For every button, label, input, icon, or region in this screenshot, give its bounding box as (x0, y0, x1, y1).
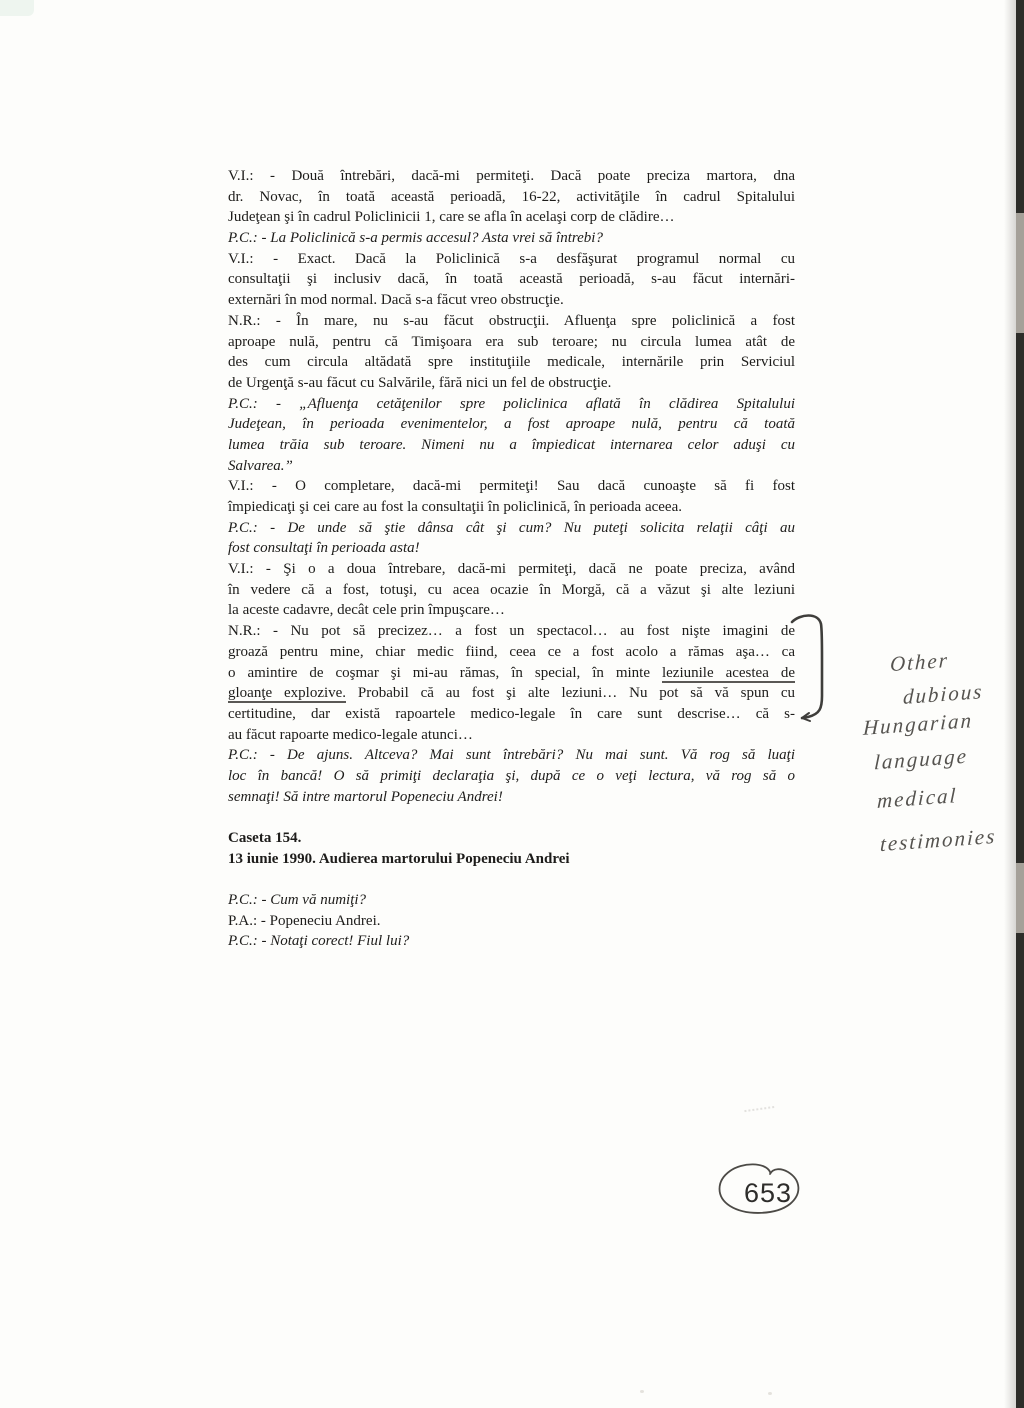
transcript-text: Salvarea.” (228, 458, 293, 474)
transcript-text: V.I.: - Două întrebări, dacă-mi permiteţ… (228, 168, 795, 184)
transcript-line: Judeţean şi în cadrul Policlinicii 1, ca… (228, 207, 795, 228)
margin-bracket-annotation (778, 604, 834, 736)
transcript-line: împiedicaţi şi cei care au fost la consu… (228, 497, 795, 518)
transcript-line: semnaţi! Să intre martorul Popeneciu And… (228, 787, 795, 808)
transcript-line: au făcut rapoarte medico-legale atunci… (228, 725, 795, 746)
pen-underline: gloanţe explozive. (228, 685, 346, 703)
handwritten-note-line: language (874, 744, 969, 776)
transcript-text: au făcut rapoarte medico-legale atunci… (228, 727, 473, 743)
transcript-text: V.I.: - Şi o a doua întrebare, dacă-mi p… (228, 561, 795, 577)
transcript-text: N.R.: - Nu pot să precizez… a fost un sp… (228, 623, 795, 639)
page-number: 653 (738, 1178, 798, 1209)
transcript-text: Judeţean şi în cadrul Policlinicii 1, ca… (228, 209, 674, 225)
transcript-line: V.I.: - O completare, dacă-mi permiteţi!… (228, 476, 795, 497)
scan-smudge (744, 1106, 775, 1122)
transcript-line: des cum circula altădată spre instituţii… (228, 352, 795, 373)
transcript-text: certitudine, dar există rapoartele medic… (228, 706, 795, 722)
transcript-line (228, 807, 795, 828)
transcript-line: în vedere că a fost, totuşi, cu acea oca… (228, 580, 795, 601)
transcript-line: de Urgenţă s-au făcut cu Salvările, fără… (228, 373, 795, 394)
transcript-line: P.C.: - „Afluenţa cetăţenilor spre polic… (228, 394, 795, 415)
transcript-text: de Urgenţă s-au făcut cu Salvările, fără… (228, 375, 611, 391)
handwritten-note-line: medical (877, 783, 958, 814)
transcript-text: P.A.: - Popeneciu Andrei. (228, 913, 380, 929)
transcript-text: Probabil că au fost şi alte leziuni… Nu … (346, 685, 795, 701)
scan-corner-artifact (0, 0, 34, 16)
transcript-text: la aceste cadavre, decât cele prin împuş… (228, 602, 505, 618)
transcript-text: N.R.: - În mare, nu s-au făcut obstrucţi… (228, 313, 795, 329)
transcript-line: externări în mod normal. Dacă s-a făcut … (228, 290, 795, 311)
scan-edge-light-band (1016, 213, 1024, 333)
transcript-line: P.C.: - Cum vă numiţi? (228, 890, 795, 911)
transcript-line: Judeţean, în perioada evenimentelor, a f… (228, 414, 795, 435)
transcript-line: N.R.: - Nu pot să precizez… a fost un sp… (228, 621, 795, 642)
transcript-text: V.I.: - Exact. Dacă la Policlinică s-a d… (228, 251, 795, 267)
scan-edge-gradient (1004, 0, 1016, 1408)
transcript-text: P.C.: - De ajuns. Altceva? Mai sunt într… (228, 747, 795, 763)
transcript-line: consultaţii şi inclusiv dacă, în toată a… (228, 269, 795, 290)
transcript-text: consultaţii şi inclusiv dacă, în toată a… (228, 271, 795, 287)
transcript-text: des cum circula altădată spre instituţii… (228, 354, 795, 370)
transcript-line: gloanţe explozive. Probabil că au fost ş… (228, 683, 795, 704)
transcript-line (228, 869, 795, 890)
transcript-line: P.C.: - De unde să ştie dânsa cât şi cum… (228, 518, 795, 539)
transcript-text: 13 iunie 1990. Audierea martorului Popen… (228, 851, 570, 867)
transcript-line: V.I.: - Două întrebări, dacă-mi permiteţ… (228, 166, 795, 187)
handwritten-note-line: testimonies (880, 824, 997, 857)
transcript-text: în vedere că a fost, totuşi, cu acea oca… (228, 582, 795, 598)
transcript-text: Judeţean, în perioada evenimentelor, a f… (228, 416, 795, 432)
transcript-line: la aceste cadavre, decât cele prin împuş… (228, 600, 795, 621)
transcript-line: P.C.: - Notaţi corect! Fiul lui? (228, 931, 795, 952)
transcript-text: Caseta 154. (228, 830, 301, 846)
transcript-text: P.C.: - Cum vă numiţi? (228, 892, 366, 908)
transcript-text: lumea trăia sub teroare. Nimeni nu a împ… (228, 437, 795, 453)
transcript-line: fost consultaţi în perioada asta! (228, 538, 795, 559)
transcript-text: împiedicaţi şi cei care au fost la consu… (228, 499, 682, 515)
transcript-line: loc în bancă! O să primiţi declaraţia şi… (228, 766, 795, 787)
transcript-line: aproape nulă, pentru că Timişoara era su… (228, 332, 795, 353)
transcript-line: lumea trăia sub teroare. Nimeni nu a împ… (228, 435, 795, 456)
transcript-line: Salvarea.” (228, 456, 795, 477)
transcript-text: P.C.: - La Policlinică s-a permis accesu… (228, 230, 603, 246)
transcript-line: V.I.: - Şi o a doua întrebare, dacă-mi p… (228, 559, 795, 580)
transcript-line: P.A.: - Popeneciu Andrei. (228, 911, 795, 932)
transcript-text: fost consultaţi în perioada asta! (228, 540, 420, 556)
transcript-text: P.C.: - De unde să ştie dânsa cât şi cum… (228, 520, 795, 536)
scan-speck (768, 1392, 772, 1395)
handwritten-note-line: dubious (903, 679, 984, 710)
transcript-text: loc în bancă! O să primiţi declaraţia şi… (228, 768, 795, 784)
scanned-page: V.I.: - Două întrebări, dacă-mi permiteţ… (0, 0, 1024, 1408)
transcript-line: groază pentru mine, chiar medic fiind, c… (228, 642, 795, 663)
transcript-line: P.C.: - La Policlinică s-a permis accesu… (228, 228, 795, 249)
transcript-line: dr. Novac, în toată această perioadă, 16… (228, 187, 795, 208)
scan-speck (640, 1390, 644, 1393)
transcript-line: 13 iunie 1990. Audierea martorului Popen… (228, 849, 795, 870)
transcript-text: externări în mod normal. Dacă s-a făcut … (228, 292, 564, 308)
transcript-text: V.I.: - O completare, dacă-mi permiteţi!… (228, 478, 795, 494)
transcript-line: V.I.: - Exact. Dacă la Policlinică s-a d… (228, 249, 795, 270)
scan-edge-shadow (1016, 0, 1024, 1408)
transcript-text: semnaţi! Să intre martorul Popeneciu And… (228, 789, 503, 805)
transcript-line: o amintire de coşmar şi mi-au rămas, în … (228, 663, 795, 684)
transcript-line: N.R.: - În mare, nu s-au făcut obstrucţi… (228, 311, 795, 332)
handwritten-note-line: Hungarian (863, 708, 974, 741)
transcript-text: aproape nulă, pentru că Timişoara era su… (228, 334, 795, 350)
transcript-line: P.C.: - De ajuns. Altceva? Mai sunt într… (228, 745, 795, 766)
pen-underline: leziunile acestea de (662, 665, 795, 683)
transcript-text: dr. Novac, în toată această perioadă, 16… (228, 189, 795, 205)
handwritten-note-line: Other (890, 648, 950, 677)
transcript-line: certitudine, dar există rapoartele medic… (228, 704, 795, 725)
transcript-line: Caseta 154. (228, 828, 795, 849)
transcript-text: P.C.: - „Afluenţa cetăţenilor spre polic… (228, 396, 795, 412)
transcript-text: o amintire de coşmar şi mi-au rămas, în … (228, 665, 662, 681)
transcript-text: P.C.: - Notaţi corect! Fiul lui? (228, 933, 409, 949)
transcript-text-block: V.I.: - Două întrebări, dacă-mi permiteţ… (228, 166, 795, 952)
transcript-text: groază pentru mine, chiar medic fiind, c… (228, 644, 795, 660)
scan-edge-light-band (1016, 863, 1024, 933)
